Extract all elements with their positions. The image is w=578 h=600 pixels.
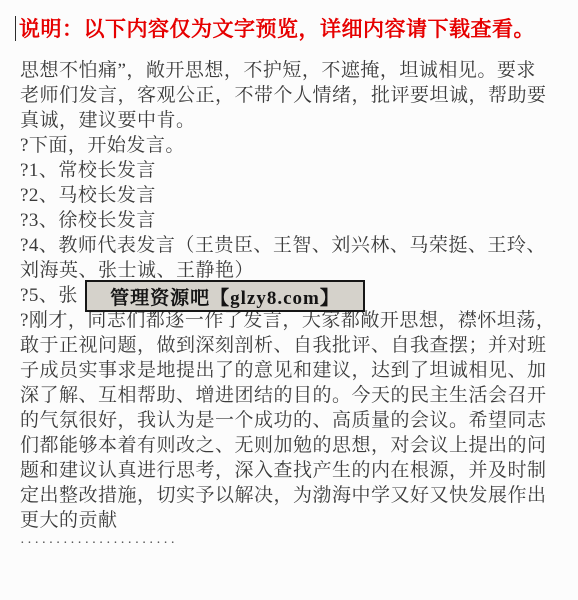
document-preview-page: 说明：以下内容仅为文字预览，详细内容请下载查看。 思想不怕痛”，敞开思想，不护短… (0, 0, 578, 600)
document-line: 题和建议认真进行思考，深入查找产生的内在根源，并及时制 (20, 458, 565, 483)
watermark-badge: 管理资源吧【glzy8.com】 (85, 280, 365, 312)
document-line: 子成员实事求是地提出了的意见和建议，达到了坦诚相见、加 (20, 358, 565, 383)
document-line: ?下面，开始发言。 (20, 133, 565, 158)
document-line: 思想不怕痛”，敞开思想，不护短，不遮掩，坦诚相见。要求 (20, 58, 565, 83)
document-line: 们都能够本着有则改之、无则加勉的思想，对会议上提出的问 (20, 433, 565, 458)
document-line: ?1、常校长发言 (20, 158, 565, 183)
document-line: 老师们发言，客观公正，不带个人情绪，批评要坦诚，帮助要 (20, 83, 565, 108)
document-line: 真诚，建议要中肯。 (20, 108, 565, 133)
ellipsis-line: ······················ (20, 533, 565, 558)
document-line: ?2、马校长发言 (20, 183, 565, 208)
document-line: ?3、徐校长发言 (20, 208, 565, 233)
document-line: 更大的贡献 (20, 508, 565, 533)
document-line: 的气氛很好，我认为是一个成功的、高质量的会议。希望同志 (20, 408, 565, 433)
document-line: ?4、教师代表发言（王贵臣、王智、刘兴林、马荣挺、王玲、 (20, 233, 565, 258)
text-cursor (15, 16, 16, 41)
preview-notice-row: 说明：以下内容仅为文字预览，详细内容请下载查看。 (15, 13, 535, 43)
document-line: 敢于正视问题，做到深刻剖析、自我批评、自我查摆；并对班 (20, 333, 565, 358)
document-line: 定出整改措施，切实予以解决，为渤海中学又好又快发展作出 (20, 483, 565, 508)
preview-notice: 说明：以下内容仅为文字预览，详细内容请下载查看。 (19, 13, 535, 43)
document-line: 深了解、互相帮助、增进团结的目的。今天的民主生活会召开 (20, 383, 565, 408)
watermark-text: 管理资源吧【glzy8.com】 (110, 283, 340, 310)
